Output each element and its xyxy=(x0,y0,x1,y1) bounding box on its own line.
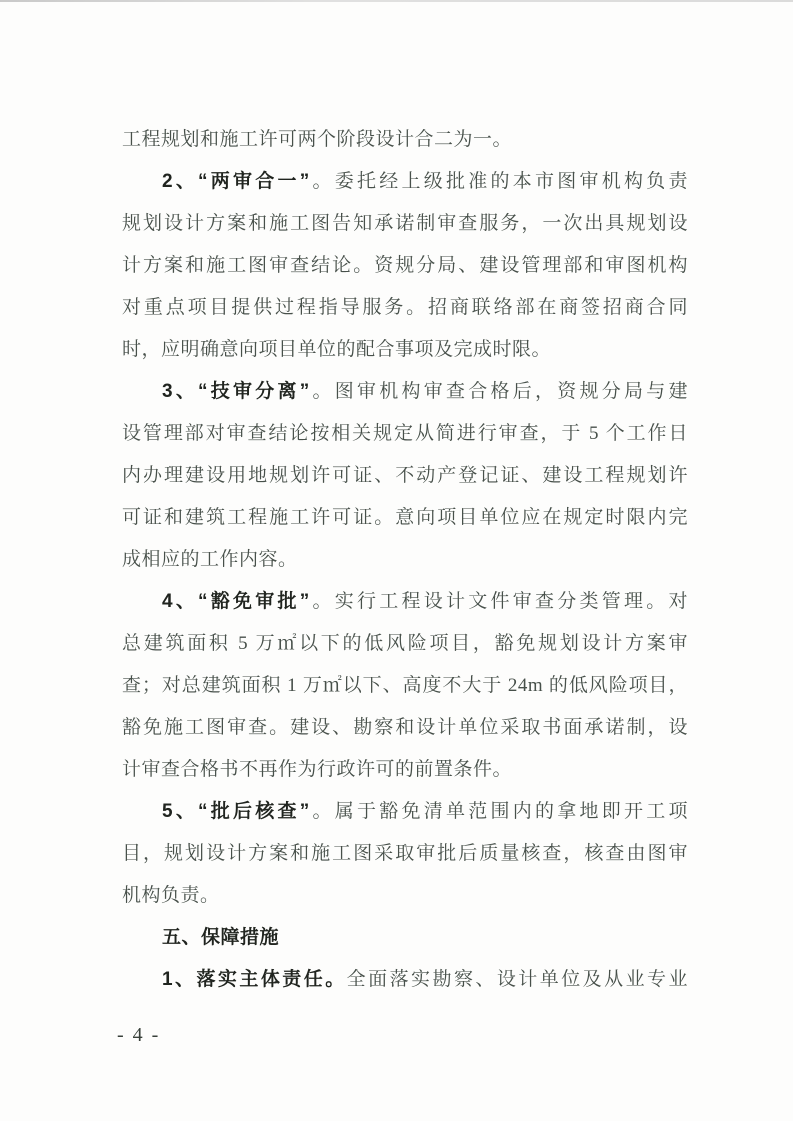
text-line: 可证和建筑工程施工许可证。意向项目单位应在规定时限内完 xyxy=(122,497,688,539)
text-segment: 。属于豁免清单范围内的拿地即开工项 xyxy=(310,801,688,822)
paragraph-start-line: 3、“技审分离”。图审机构审查合格后，资规分局与建 xyxy=(122,371,688,413)
paragraph-start-line: 4、“豁免审批”。实行工程设计文件审查分类管理。对 xyxy=(122,581,688,623)
text-line: 内办理建设用地规划许可证、不动产登记证、建设工程规划许 xyxy=(122,455,688,497)
text-segment: 对重点项目提供过程指导服务。招商联络部在商签招商合同 xyxy=(122,297,688,318)
text-segment: 工程规划和施工许可两个阶段设计合二为一。 xyxy=(122,129,512,150)
text-segment: 。图审机构审查合格后，资规分局与建 xyxy=(310,381,688,402)
bold-term: 5、“批后核查” xyxy=(162,801,310,822)
text-segment: 全面落实勘察、设计单位及从业专业 xyxy=(347,969,688,990)
text-line: 总建筑面积 5 万㎡以下的低风险项目，豁免规划设计方案审 xyxy=(122,623,688,665)
bold-term: 3、“技审分离” xyxy=(162,381,310,402)
text-segment: 时，应明确意向项目单位的配合事项及完成时限。 xyxy=(122,339,551,360)
text-line: 成相应的工作内容。 xyxy=(122,539,688,581)
text-segment: 计方案和施工图审查结论。资规分局、建设管理部和审图机构 xyxy=(122,255,688,276)
text-line: 时，应明确意向项目单位的配合事项及完成时限。 xyxy=(122,329,688,371)
page-number: - 4 - xyxy=(117,1024,160,1047)
text-line: 计审查合格书不再作为行政许可的前置条件。 xyxy=(122,749,688,791)
text-segment: 内办理建设用地规划许可证、不动产登记证、建设工程规划许 xyxy=(122,465,688,486)
text-segment: 设管理部对审查结论按相关规定从简进行审查，于 5 个工作日 xyxy=(122,423,688,444)
text-segment: 目，规划设计方案和施工图采取审批后质量核查，核查由图审 xyxy=(122,843,688,864)
bold-term: 1、落实主体责任。 xyxy=(162,969,347,990)
text-line: 对重点项目提供过程指导服务。招商联络部在商签招商合同 xyxy=(122,287,688,329)
section-heading: 五、保障措施 xyxy=(122,917,688,959)
text-segment: 成相应的工作内容。 xyxy=(122,549,298,570)
text-segment: 机构负责。 xyxy=(122,885,220,906)
bold-term: 4、“豁免审批” xyxy=(162,591,310,612)
scanned-document-page: 工程规划和施工许可两个阶段设计合二为一。 2、“两审合一”。委托经上级批准的本市… xyxy=(0,0,793,1121)
text-line: 工程规划和施工许可两个阶段设计合二为一。 xyxy=(122,119,688,161)
text-segment: 查；对总建筑面积 1 万㎡以下、高度不大于 24m 的低风险项目， xyxy=(122,675,688,696)
text-line: 豁免施工图审查。建设、勘察和设计单位采取书面承诺制，设 xyxy=(122,707,688,749)
text-segment: 。实行工程设计文件审查分类管理。对 xyxy=(310,591,688,612)
text-line: 计方案和施工图审查结论。资规分局、建设管理部和审图机构 xyxy=(122,245,688,287)
text-segment: 。委托经上级批准的本市图审机构负责 xyxy=(310,171,688,192)
text-segment: 可证和建筑工程施工许可证。意向项目单位应在规定时限内完 xyxy=(122,507,688,528)
section-heading-text: 五、保障措施 xyxy=(162,927,279,948)
text-line: 设管理部对审查结论按相关规定从简进行审查，于 5 个工作日 xyxy=(122,413,688,455)
text-segment: 规划设计方案和施工图告知承诺制审查服务，一次出具规划设 xyxy=(122,213,688,234)
document-body: 工程规划和施工许可两个阶段设计合二为一。 2、“两审合一”。委托经上级批准的本市… xyxy=(122,119,688,1001)
text-segment: 计审查合格书不再作为行政许可的前置条件。 xyxy=(122,759,512,780)
text-line: 规划设计方案和施工图告知承诺制审查服务，一次出具规划设 xyxy=(122,203,688,245)
paragraph-start-line: 1、落实主体责任。全面落实勘察、设计单位及从业专业 xyxy=(122,959,688,1001)
paragraph-start-line: 5、“批后核查”。属于豁免清单范围内的拿地即开工项 xyxy=(122,791,688,833)
paragraph-start-line: 2、“两审合一”。委托经上级批准的本市图审机构负责 xyxy=(122,161,688,203)
text-line: 机构负责。 xyxy=(122,875,688,917)
text-segment: 总建筑面积 5 万㎡以下的低风险项目，豁免规划设计方案审 xyxy=(122,633,688,654)
text-line: 查；对总建筑面积 1 万㎡以下、高度不大于 24m 的低风险项目， xyxy=(122,665,688,707)
text-line: 目，规划设计方案和施工图采取审批后质量核查，核查由图审 xyxy=(122,833,688,875)
bold-term: 2、“两审合一” xyxy=(162,171,310,192)
scan-edge-artifact xyxy=(0,0,793,2)
text-segment: 豁免施工图审查。建设、勘察和设计单位采取书面承诺制，设 xyxy=(122,717,688,738)
